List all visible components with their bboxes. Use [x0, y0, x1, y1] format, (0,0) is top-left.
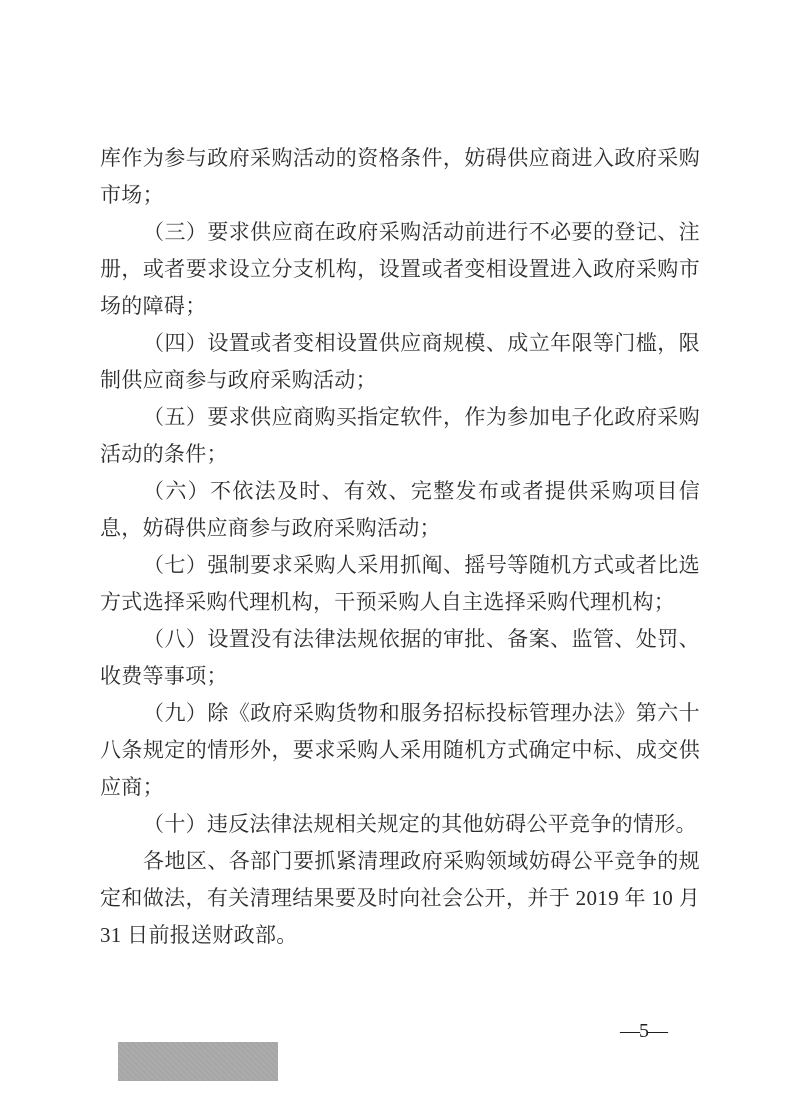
paragraph-item-3: （三）要求供应商在政府采购活动前进行不必要的登记、注册，或者要求设立分支机构，设…	[100, 214, 700, 325]
paragraph-item-6: （六）不依法及时、有效、完整发布或者提供采购项目信息，妨碍供应商参与政府采购活动…	[100, 473, 700, 547]
paragraph-continuation: 库作为参与政府采购活动的资格条件，妨碍供应商进入政府采购市场；	[100, 140, 700, 214]
paragraph-item-5: （五）要求供应商购买指定软件，作为参加电子化政府采购活动的条件；	[100, 399, 700, 473]
scan-artifact-stamp	[118, 1042, 278, 1081]
paragraph-item-7: （七）强制要求采购人采用抓阄、摇号等随机方式或者比选方式选择采购代理机构，干预采…	[100, 547, 700, 621]
document-page: 库作为参与政府采购活动的资格条件，妨碍供应商进入政府采购市场； （三）要求供应商…	[0, 0, 790, 1112]
paragraph-item-10: （十）违反法律法规相关规定的其他妨碍公平竞争的情形。	[100, 806, 700, 843]
paragraph-item-4: （四）设置或者变相设置供应商规模、成立年限等门槛，限制供应商参与政府采购活动；	[100, 325, 700, 399]
document-text-block: 库作为参与政府采购活动的资格条件，妨碍供应商进入政府采购市场； （三）要求供应商…	[100, 140, 700, 954]
paragraph-closing: 各地区、各部门要抓紧清理政府采购领域妨碍公平竞争的规定和做法，有关清理结果要及时…	[100, 843, 700, 954]
paragraph-item-8: （八）设置没有法律法规依据的审批、备案、监管、处罚、收费等事项；	[100, 621, 700, 695]
page-number: —5—	[620, 1018, 700, 1044]
paragraph-item-9: （九）除《政府采购货物和服务招标投标管理办法》第六十八条规定的情形外，要求采购人…	[100, 695, 700, 806]
